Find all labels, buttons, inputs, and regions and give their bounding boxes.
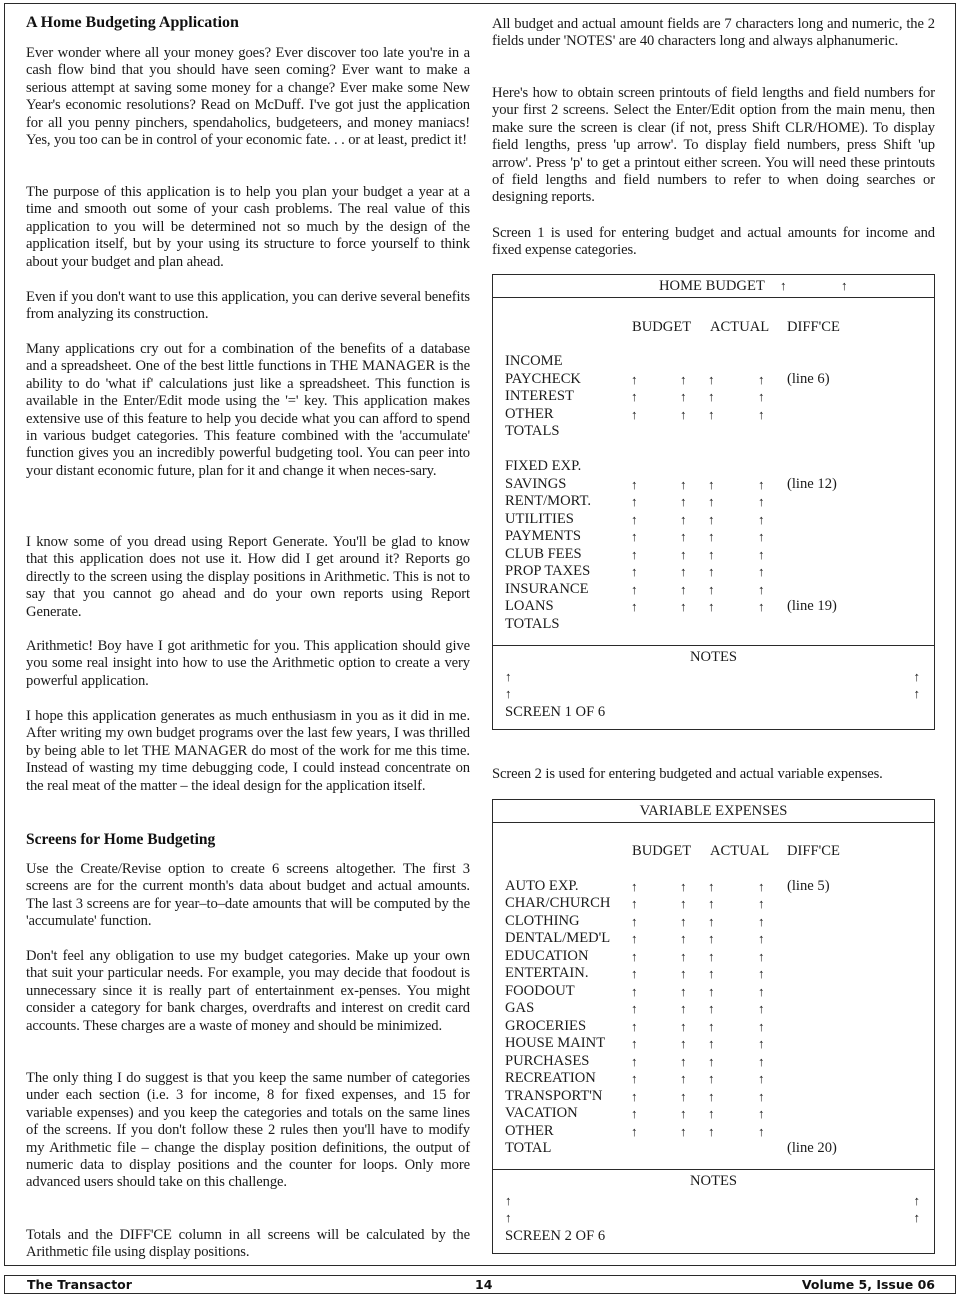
field-arrow-icon: ↑ <box>758 546 765 564</box>
field-arrow-icon: ↑ <box>680 563 687 581</box>
table-row: TRANSPORT'N ↑ ↑ ↑ ↑ <box>505 1088 934 1106</box>
field-arrow-icon: ↑ <box>631 930 638 948</box>
field-arrow-icon: ↑ <box>758 948 765 966</box>
line-note: (line 5) <box>787 878 830 896</box>
table-row: DENTAL/MED'L ↑ ↑ ↑ ↑ <box>505 930 934 948</box>
field-arrow-icon: ↑ <box>708 965 715 983</box>
screen1-layout: HOME BUDGET ↑ ↑ BUDGET ACTUAL DIFF'CE IN… <box>492 274 935 730</box>
field-arrow-icon: ↑ <box>680 598 687 616</box>
field-arrow-icon: ↑ <box>631 476 638 494</box>
field-arrow-icon: ↑ <box>708 1070 715 1088</box>
field-arrow-icon: ↑ <box>758 965 765 983</box>
field-arrow-icon: ↑ <box>631 528 638 546</box>
field-arrow-icon: ↑ <box>631 878 638 896</box>
field-arrow-icon: ↑ <box>708 406 715 424</box>
paragraph: Arithmetic! Boy have I got arithmetic fo… <box>26 638 470 690</box>
field-arrow-icon: ↑ <box>631 1088 638 1106</box>
field-arrow-icon: ↑ <box>631 1000 638 1018</box>
notes-field-row: ↑ ↑ <box>505 1209 920 1226</box>
field-arrow-icon: ↑ <box>708 1105 715 1123</box>
table-row: RECREATION ↑ ↑ ↑ ↑ <box>505 1070 934 1088</box>
section-label-income: INCOME <box>505 353 934 371</box>
field-arrow-icon: ↑ <box>708 983 715 1001</box>
field-arrow-icon: ↑ <box>680 948 687 966</box>
field-arrow-icon: ↑ <box>708 1053 715 1071</box>
section-title: Screens for Home Budgeting <box>26 830 215 850</box>
field-arrow-icon: ↑ <box>758 581 765 599</box>
field-arrow-icon: ↑ <box>680 878 687 896</box>
field-arrow-icon: ↑ <box>680 511 687 529</box>
field-arrow-icon: ↑ <box>758 528 765 546</box>
column-header-budget: BUDGET <box>632 319 691 336</box>
line-note: (line 19) <box>787 598 837 616</box>
field-arrow-icon: ↑ <box>505 668 512 685</box>
table-row: PURCHASES ↑ ↑ ↑ ↑ <box>505 1053 934 1071</box>
table-row: OTHER ↑ ↑ ↑ ↑ <box>505 1123 934 1141</box>
field-arrow-icon: ↑ <box>708 895 715 913</box>
field-arrow-icon: ↑ <box>708 476 715 494</box>
field-arrow-icon: ↑ <box>680 1000 687 1018</box>
notes-field-row: ↑ ↑ <box>505 668 920 685</box>
field-arrow-icon: ↑ <box>631 1053 638 1071</box>
column-header-budget: BUDGET <box>632 843 691 860</box>
field-arrow-icon: ↑ <box>708 528 715 546</box>
field-arrow-icon: ↑ <box>758 895 765 913</box>
field-arrow-icon: ↑ <box>708 511 715 529</box>
field-arrow-icon: ↑ <box>758 511 765 529</box>
field-arrow-icon: ↑ <box>631 581 638 599</box>
field-arrow-icon: ↑ <box>758 983 765 1001</box>
field-arrow-icon: ↑ <box>708 930 715 948</box>
notes-title: NOTES <box>493 1172 934 1190</box>
field-arrow-icon: ↑ <box>708 546 715 564</box>
screen2-title-bar: VARIABLE EXPENSES <box>493 800 934 823</box>
table-row: SAVINGS ↑ ↑ ↑ ↑ (line 12) <box>505 476 934 494</box>
paragraph: Many applications cry out for a combinat… <box>26 341 470 480</box>
field-arrow-icon: ↑ <box>631 598 638 616</box>
field-arrow-icon: ↑ <box>631 895 638 913</box>
field-arrow-icon: ↑ <box>758 1105 765 1123</box>
field-arrow-icon: ↑ <box>780 275 787 297</box>
field-arrow-icon: ↑ <box>631 546 638 564</box>
field-arrow-icon: ↑ <box>758 1070 765 1088</box>
field-arrow-icon: ↑ <box>758 406 765 424</box>
field-arrow-icon: ↑ <box>631 1123 638 1141</box>
table-row: INSURANCE ↑ ↑ ↑ ↑ <box>505 581 934 599</box>
field-arrow-icon: ↑ <box>505 1209 512 1226</box>
field-arrow-icon: ↑ <box>914 685 921 702</box>
field-arrow-icon: ↑ <box>631 563 638 581</box>
article-title: A Home Budgeting Application <box>26 13 239 33</box>
field-arrow-icon: ↑ <box>914 668 921 685</box>
totals-row: TOTALS <box>505 423 934 441</box>
table-row: HOUSE MAINT ↑ ↑ ↑ ↑ <box>505 1035 934 1053</box>
notes-section: NOTES ↑ ↑ ↑ ↑ SCREEN 1 OF 6 <box>493 645 934 729</box>
field-arrow-icon: ↑ <box>680 388 687 406</box>
field-arrow-icon: ↑ <box>631 406 638 424</box>
field-arrow-icon: ↑ <box>914 1192 921 1209</box>
field-arrow-icon: ↑ <box>631 948 638 966</box>
totals-row: TOTALS <box>505 616 934 634</box>
field-arrow-icon: ↑ <box>505 685 512 702</box>
field-arrow-icon: ↑ <box>680 476 687 494</box>
column-header-diffce: DIFF'CE <box>787 843 840 860</box>
screen1-title: HOME BUDGET <box>659 275 765 297</box>
field-arrow-icon: ↑ <box>708 563 715 581</box>
field-arrow-icon: ↑ <box>680 371 687 389</box>
field-arrow-icon: ↑ <box>680 493 687 511</box>
field-arrow-icon: ↑ <box>680 406 687 424</box>
field-arrow-icon: ↑ <box>708 598 715 616</box>
field-arrow-icon: ↑ <box>708 493 715 511</box>
table-row: CHAR/CHURCH ↑ ↑ ↑ ↑ <box>505 895 934 913</box>
table-row: VACATION ↑ ↑ ↑ ↑ <box>505 1105 934 1123</box>
notes-section: NOTES ↑ ↑ ↑ ↑ SCREEN 2 OF 6 <box>493 1169 934 1253</box>
field-arrow-icon: ↑ <box>758 878 765 896</box>
column-header-actual: ACTUAL <box>710 319 769 336</box>
field-arrow-icon: ↑ <box>680 581 687 599</box>
notes-field-row: ↑ ↑ <box>505 685 920 702</box>
publication-name: The Transactor <box>27 1277 132 1293</box>
screen-number: SCREEN 2 OF 6 <box>505 1227 605 1245</box>
field-arrow-icon: ↑ <box>708 1035 715 1053</box>
table-row: INTEREST ↑ ↑ ↑ ↑ <box>505 388 934 406</box>
paragraph: Here's how to obtain screen printouts of… <box>492 85 935 207</box>
paragraph: The purpose of this application is to he… <box>26 184 470 271</box>
field-arrow-icon: ↑ <box>631 983 638 1001</box>
field-arrow-icon: ↑ <box>680 983 687 1001</box>
issue-info: Volume 5, Issue 06 <box>802 1277 935 1293</box>
field-arrow-icon: ↑ <box>708 948 715 966</box>
paragraph: I hope this application generates as muc… <box>26 708 470 795</box>
table-row: FOODOUT ↑ ↑ ↑ ↑ <box>505 983 934 1001</box>
screen2-title: VARIABLE EXPENSES <box>640 803 788 819</box>
paragraph: Don't feel any obligation to use my budg… <box>26 948 470 1035</box>
field-arrow-icon: ↑ <box>505 1192 512 1209</box>
field-arrow-icon: ↑ <box>708 1000 715 1018</box>
field-arrow-icon: ↑ <box>708 913 715 931</box>
field-arrow-icon: ↑ <box>758 1053 765 1071</box>
field-arrow-icon: ↑ <box>758 371 765 389</box>
field-arrow-icon: ↑ <box>758 1088 765 1106</box>
field-arrow-icon: ↑ <box>758 913 765 931</box>
paragraph: The only thing I do suggest is that you … <box>26 1070 470 1192</box>
paragraph: Ever wonder where all your money goes? E… <box>26 45 470 149</box>
field-arrow-icon: ↑ <box>758 388 765 406</box>
field-arrow-icon: ↑ <box>631 1105 638 1123</box>
paragraph: Screen 1 is used for entering budget and… <box>492 225 935 260</box>
field-arrow-icon: ↑ <box>841 275 848 297</box>
paragraph: Use the Create/Revise option to create 6… <box>26 861 470 931</box>
field-arrow-icon: ↑ <box>631 388 638 406</box>
field-arrow-icon: ↑ <box>914 1209 921 1226</box>
totals-row: TOTAL (line 20) <box>505 1140 934 1158</box>
field-arrow-icon: ↑ <box>680 1123 687 1141</box>
table-row: ENTERTAIN. ↑ ↑ ↑ ↑ <box>505 965 934 983</box>
field-arrow-icon: ↑ <box>708 581 715 599</box>
line-note: (line 12) <box>787 476 837 494</box>
table-row: GAS ↑ ↑ ↑ ↑ <box>505 1000 934 1018</box>
field-arrow-icon: ↑ <box>708 388 715 406</box>
field-arrow-icon: ↑ <box>680 1018 687 1036</box>
field-arrow-icon: ↑ <box>758 493 765 511</box>
field-arrow-icon: ↑ <box>758 563 765 581</box>
line-note: (line 6) <box>787 371 830 389</box>
paragraph: All budget and actual amount fields are … <box>492 16 935 51</box>
table-row: GROCERIES ↑ ↑ ↑ ↑ <box>505 1018 934 1036</box>
field-arrow-icon: ↑ <box>680 895 687 913</box>
table-row: UTILITIES ↑ ↑ ↑ ↑ <box>505 511 934 529</box>
field-arrow-icon: ↑ <box>708 878 715 896</box>
page-footer: The Transactor 14 Volume 5, Issue 06 <box>4 1275 956 1294</box>
table-row: CLUB FEES ↑ ↑ ↑ ↑ <box>505 546 934 564</box>
field-arrow-icon: ↑ <box>708 371 715 389</box>
field-arrow-icon: ↑ <box>680 1070 687 1088</box>
field-arrow-icon: ↑ <box>680 1105 687 1123</box>
field-arrow-icon: ↑ <box>680 1088 687 1106</box>
table-row: AUTO EXP. ↑ ↑ ↑ ↑ (line 5) <box>505 878 934 896</box>
field-arrow-icon: ↑ <box>758 1123 765 1141</box>
field-arrow-icon: ↑ <box>631 1035 638 1053</box>
notes-field-row: ↑ ↑ <box>505 1192 920 1209</box>
column-header-diffce: DIFF'CE <box>787 319 840 336</box>
table-row: CLOTHING ↑ ↑ ↑ ↑ <box>505 913 934 931</box>
column-header-actual: ACTUAL <box>710 843 769 860</box>
paragraph: I know some of you dread using Report Ge… <box>26 534 470 621</box>
screen2-caption: Screen 2 is used for entering budgeted a… <box>492 766 935 783</box>
field-arrow-icon: ↑ <box>708 1123 715 1141</box>
field-arrow-icon: ↑ <box>631 493 638 511</box>
table-row: PAYCHECK ↑ ↑ ↑ ↑ (line 6) <box>505 371 934 389</box>
line-note: (line 20) <box>787 1140 837 1158</box>
screen2-layout: VARIABLE EXPENSES BUDGET ACTUAL DIFF'CE … <box>492 799 935 1254</box>
field-arrow-icon: ↑ <box>680 1053 687 1071</box>
field-arrow-icon: ↑ <box>758 1018 765 1036</box>
field-arrow-icon: ↑ <box>680 930 687 948</box>
table-row: RENT/MORT. ↑ ↑ ↑ ↑ <box>505 493 934 511</box>
field-arrow-icon: ↑ <box>680 528 687 546</box>
paragraph: Even if you don't want to use this appli… <box>26 289 470 324</box>
field-arrow-icon: ↑ <box>708 1088 715 1106</box>
field-arrow-icon: ↑ <box>708 1018 715 1036</box>
field-arrow-icon: ↑ <box>631 371 638 389</box>
section-label-fixed: FIXED EXP. <box>505 458 934 476</box>
table-row: EDUCATION ↑ ↑ ↑ ↑ <box>505 948 934 966</box>
field-arrow-icon: ↑ <box>680 913 687 931</box>
field-arrow-icon: ↑ <box>631 511 638 529</box>
screen-number: SCREEN 1 OF 6 <box>505 703 605 721</box>
table-row: OTHER ↑ ↑ ↑ ↑ <box>505 406 934 424</box>
field-arrow-icon: ↑ <box>758 930 765 948</box>
field-arrow-icon: ↑ <box>631 1070 638 1088</box>
paragraph: Totals and the DIFF'CE column in all scr… <box>26 1227 470 1262</box>
field-arrow-icon: ↑ <box>758 476 765 494</box>
table-row: LOANS ↑ ↑ ↑ ↑ (line 19) <box>505 598 934 616</box>
field-arrow-icon: ↑ <box>631 965 638 983</box>
field-arrow-icon: ↑ <box>758 1000 765 1018</box>
field-arrow-icon: ↑ <box>758 1035 765 1053</box>
field-arrow-icon: ↑ <box>680 546 687 564</box>
table-row: PAYMENTS ↑ ↑ ↑ ↑ <box>505 528 934 546</box>
field-arrow-icon: ↑ <box>680 1035 687 1053</box>
field-arrow-icon: ↑ <box>631 1018 638 1036</box>
table-row: PROP TAXES ↑ ↑ ↑ ↑ <box>505 563 934 581</box>
notes-title: NOTES <box>493 648 934 666</box>
field-arrow-icon: ↑ <box>758 598 765 616</box>
field-arrow-icon: ↑ <box>631 913 638 931</box>
field-arrow-icon: ↑ <box>680 965 687 983</box>
screen1-title-bar: HOME BUDGET ↑ ↑ <box>493 275 934 298</box>
page-number: 14 <box>475 1277 492 1293</box>
